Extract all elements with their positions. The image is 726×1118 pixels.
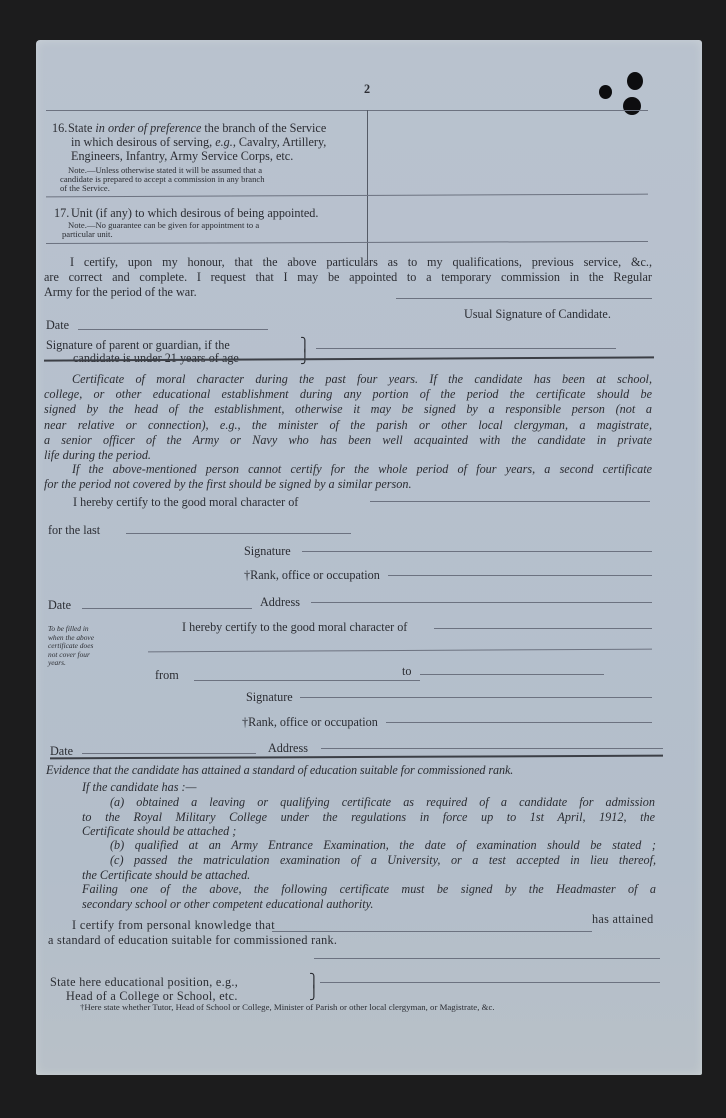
question-16-line: State in order of preference the branch … [68,121,326,135]
table-top-rule [46,110,648,111]
form-page: 2 16. State in order of preference the b… [36,40,702,1075]
parent-signature-label: Signature of parent or guardian, if the [46,338,230,352]
date-label: Date [46,318,69,332]
table-row-rule [46,194,648,198]
certify-character-label-2: I hereby certify to the good moral chara… [182,620,407,634]
personal-knowledge-label: I certify from personal knowledge that [72,918,275,932]
date-field[interactable] [82,608,252,609]
address-label: Address [260,595,300,609]
address-field-2[interactable] [321,748,663,749]
declaration-text: I certify, upon my honour, that the abov… [44,255,652,301]
character-name-field-2[interactable] [434,628,652,629]
candidate-signature-line[interactable] [396,298,652,299]
signature-label: Signature [244,544,291,558]
character-name-field[interactable] [370,501,650,502]
table-bottom-rule [46,241,648,244]
if-candidate-has: If the candidate has :— [82,780,196,794]
page-number: 2 [364,82,370,96]
table-divider [367,110,368,260]
address-label-2: Address [268,741,308,755]
punch-hole [627,72,643,90]
signature-field[interactable] [302,551,652,552]
date-field[interactable] [78,329,268,330]
brace: ⎭ [309,986,319,999]
date-field-2[interactable] [82,753,256,754]
certify-character-label: I hereby certify to the good moral chara… [73,495,298,509]
has-attained-label: has attained [592,912,653,926]
educational-position-field[interactable] [320,982,660,983]
rank-field[interactable] [388,575,652,576]
brace: ⎭ [300,350,310,363]
from-label: from [155,668,179,682]
candidate-name-field[interactable] [272,931,592,932]
address-field[interactable] [311,602,652,603]
education-heading: Evidence that the candidate has attained… [46,763,513,777]
education-failing-note: Failing one of the above, the following … [82,882,656,911]
side-note: To be filled in when the above certifica… [48,625,94,668]
parent-signature-field[interactable] [316,348,616,349]
signature-label-2: Signature [246,690,293,704]
signature-field-2[interactable] [300,697,652,698]
answer-17-field[interactable] [371,198,646,238]
from-field[interactable] [194,680,420,681]
character-name-field-2b[interactable] [148,649,652,653]
educational-position-label-2: Head of a College or School, etc. [66,989,238,1003]
rank-field-2[interactable] [386,722,652,723]
candidate-signature-label: Usual Signature of Candidate. [464,307,611,321]
footnote: †Here state whether Tutor, Head of Schoo… [80,1002,495,1012]
for-the-last-label: for the last [48,523,100,537]
date-label-2: Date [50,744,73,758]
answer-16-field[interactable] [371,112,646,194]
standard-of-education-text: a standard of education suitable for com… [48,933,337,947]
for-the-last-field[interactable] [126,533,351,534]
rank-label-2: †Rank, office or occupation [242,715,378,729]
question-16-line: in which desirous of serving, e.g., Cava… [71,135,326,149]
educational-position-label: State here educational position, e.g., [50,975,238,989]
rank-label: †Rank, office or occupation [244,568,380,582]
moral-certificate-intro: Certificate of moral character during th… [44,372,652,463]
education-option-a: (a) obtained a leaving or qualifying cer… [82,795,655,839]
moral-certificate-second-note: If the above-mentioned person cannot cer… [44,462,652,492]
punch-hole [599,85,612,99]
education-option-b: (b) qualified at an Army Entrance Examin… [110,838,656,853]
authority-signature-field[interactable] [314,958,660,959]
date-label: Date [48,598,71,612]
education-option-c: (c) passed the matriculation examination… [82,853,656,882]
to-field[interactable] [420,674,604,675]
to-label: to [402,664,411,678]
section-divider [50,755,663,760]
